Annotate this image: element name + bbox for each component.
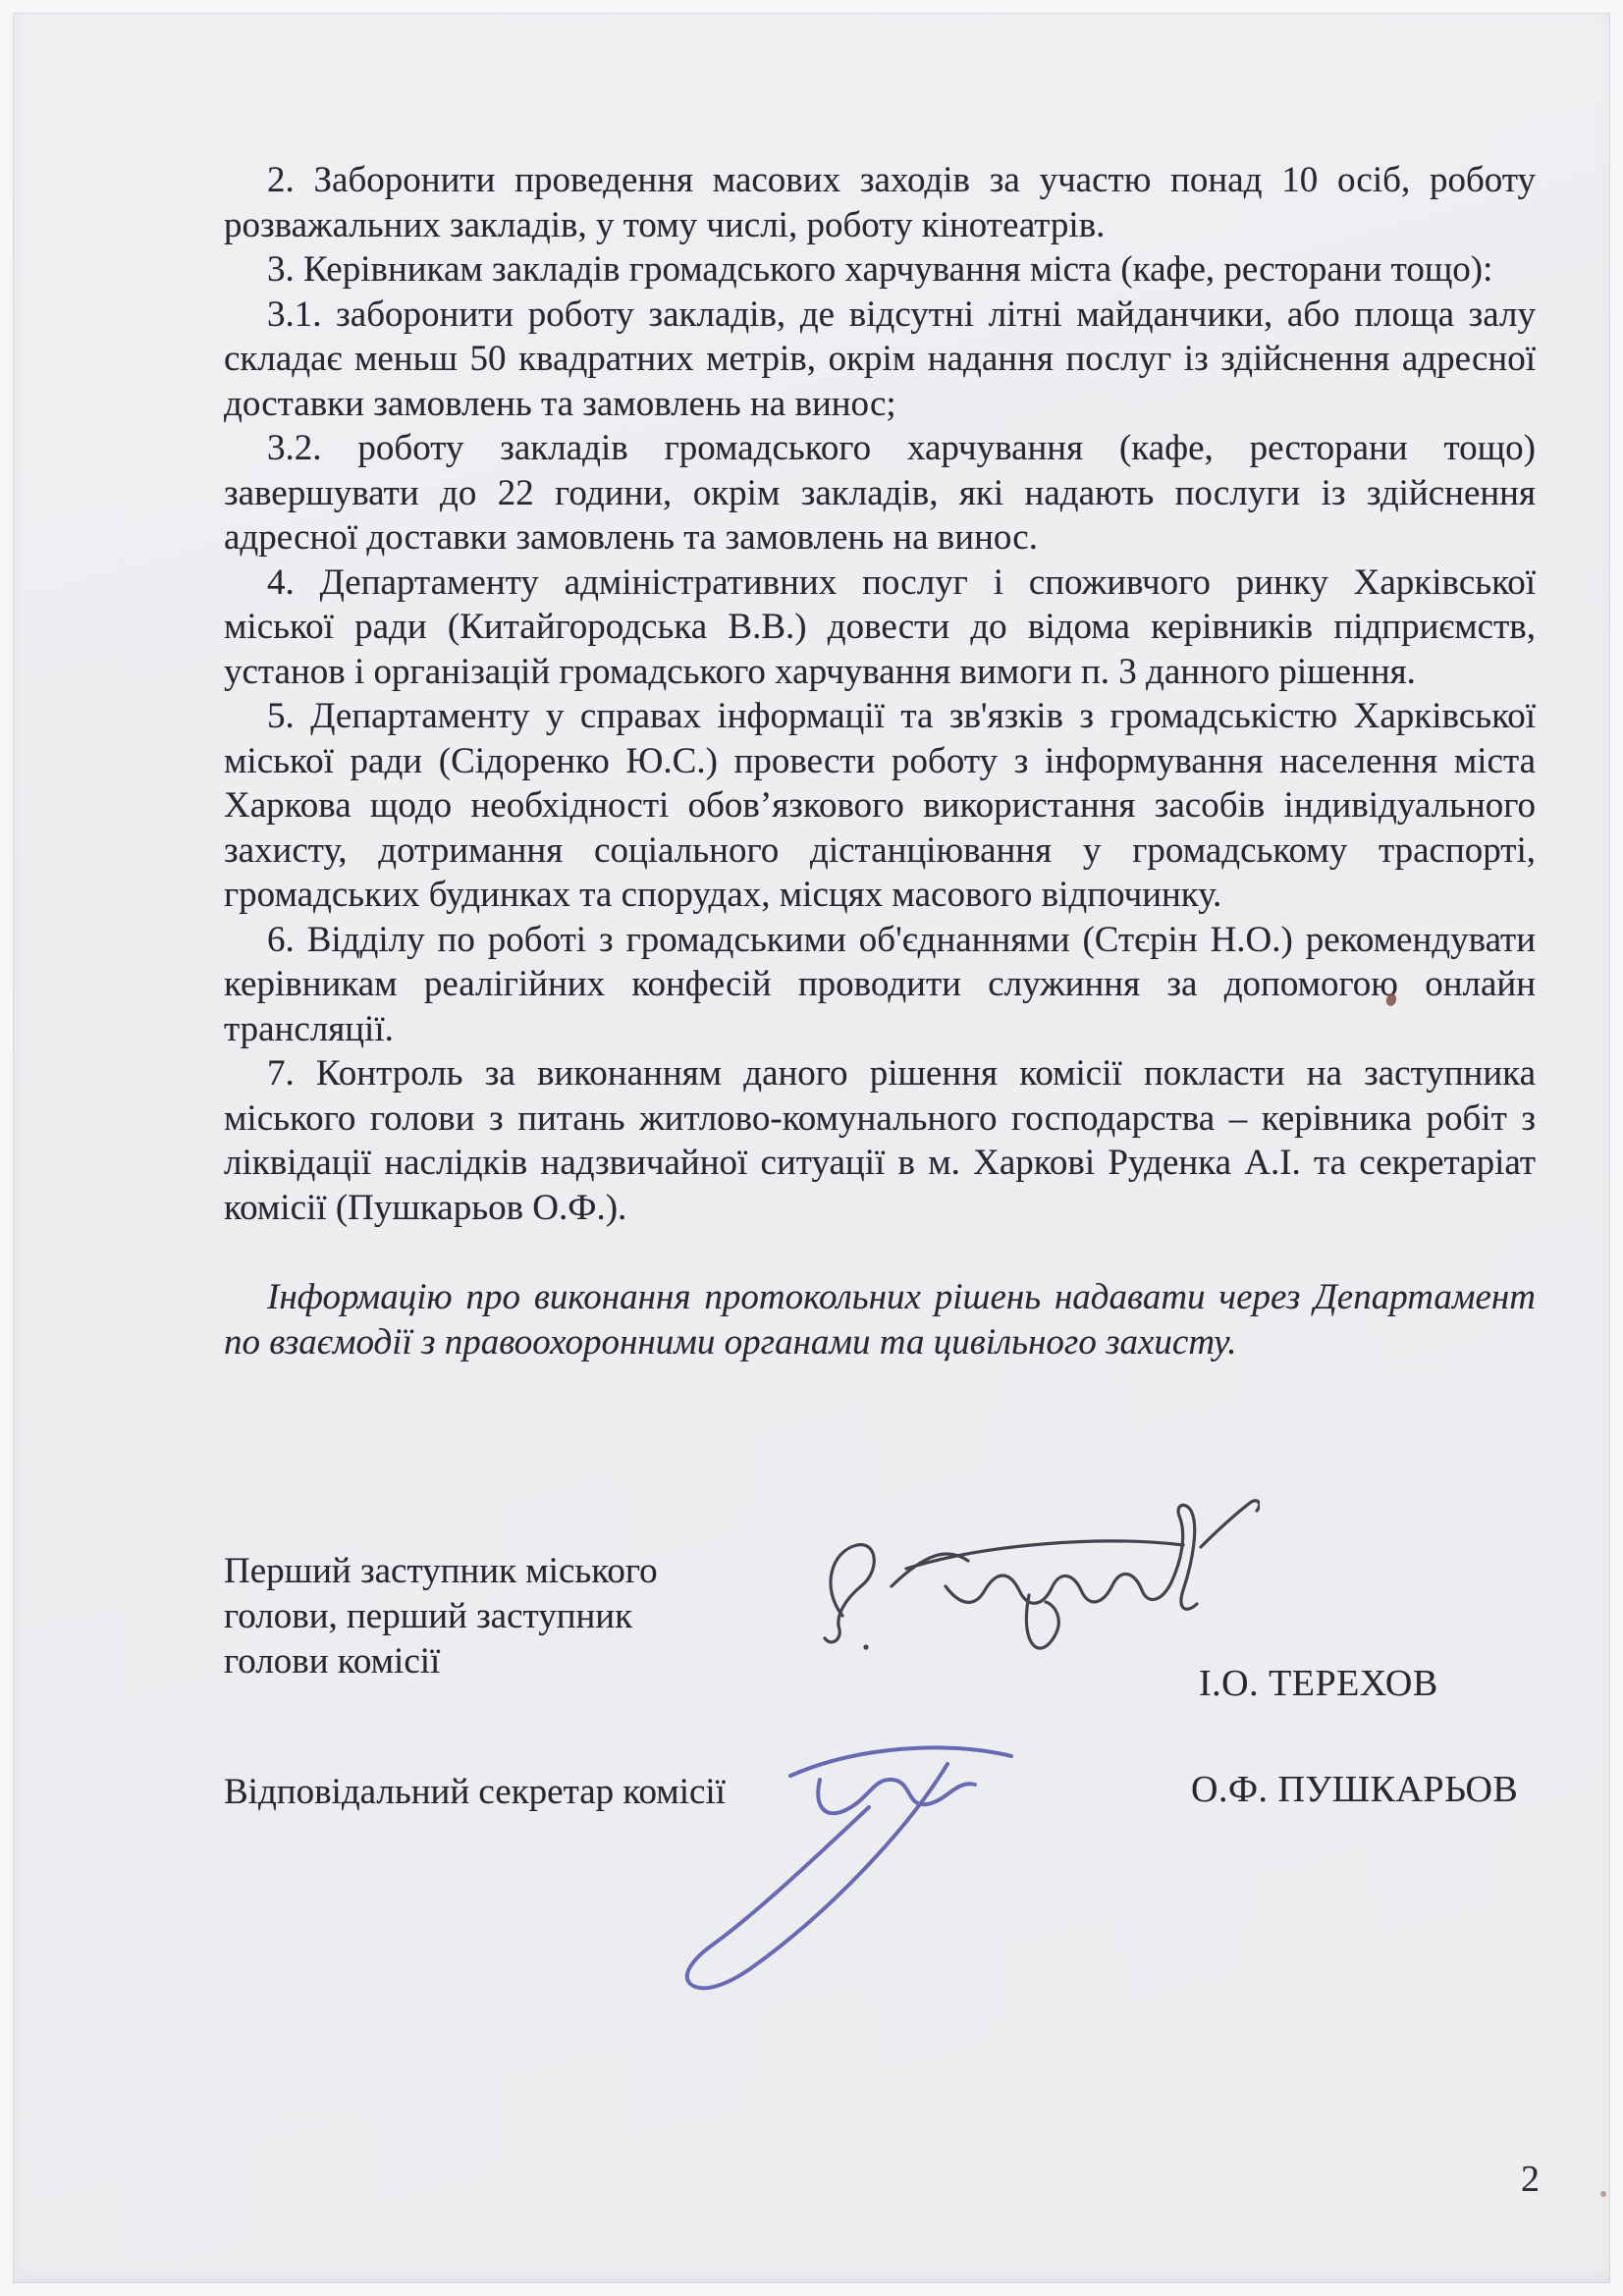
page-number: 2 [1521, 2158, 1540, 2201]
first-deputy-name: І.О. ТЕРЕХОВ [1199, 1662, 1438, 1705]
paragraph-item-2: 2. Заборонити проведення масових заходів… [224, 158, 1536, 247]
paragraph-item-5: 5. Департаменту у справах інформації та … [224, 694, 1536, 918]
paragraph-item-7: 7. Контроль за виконанням даного рішення… [224, 1051, 1536, 1230]
secretary-title: Відповідальний секретар комісії [224, 1770, 1108, 1815]
paragraph-item-4: 4. Департаменту адміністративних послуг … [224, 561, 1536, 695]
note-paragraph: Інформацію про виконання протокольних рі… [224, 1275, 1536, 1364]
paragraph-item-6: 6. Відділу по роботі з громадськими об'є… [224, 918, 1536, 1052]
scanned-document: 2. Заборонити проведення масових заходів… [0, 0, 1623, 2296]
paragraph-item-3-1: 3.1. заборонити роботу закладів, де відс… [224, 293, 1536, 427]
pushkarov-signature-icon [622, 1719, 1054, 2008]
paragraph-item-3: 3. Керівникам закладів громадського харч… [224, 247, 1536, 293]
terekhov-signature-icon [788, 1490, 1260, 1701]
first-deputy-title: Перший заступник міського голови, перший… [224, 1549, 707, 1684]
document-body: 2. Заборонити проведення масових заходів… [224, 158, 1536, 1364]
paragraph-item-3-2: 3.2. роботу закладів громадського харчув… [224, 426, 1536, 561]
document-page: 2. Заборонити проведення масових заходів… [13, 13, 1610, 2283]
secretary-name: О.Ф. ПУШКАРЬОВ [1191, 1768, 1518, 1811]
ink-speck [1600, 2191, 1606, 2197]
